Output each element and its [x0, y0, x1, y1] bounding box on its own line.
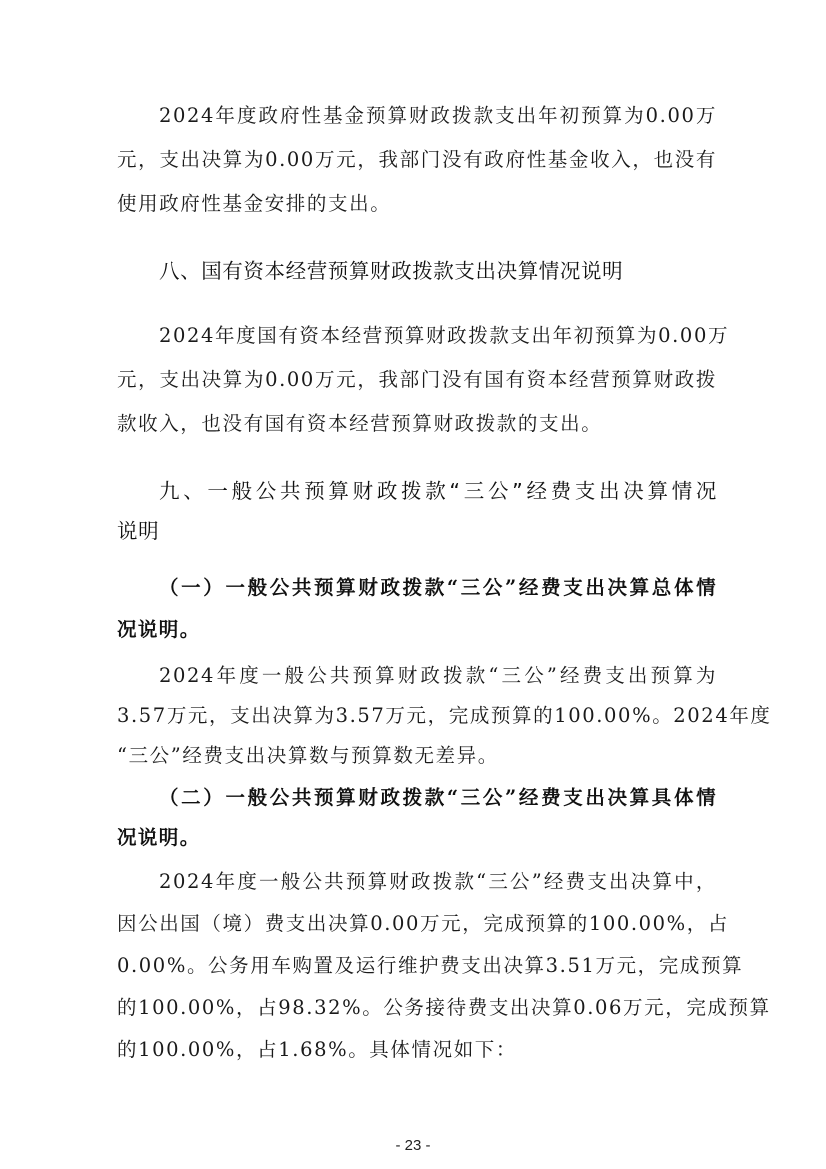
paragraph-state-capital-line-1: 2024年度国有资本经营预算财政拨款支出年初预算为0.00万	[159, 320, 717, 348]
subheading-9-2-line-1: （二）一般公共预算财政拨款“三公”经费支出决算具体情	[159, 782, 717, 810]
paragraph-gov-fund-line-2: 元，支出决算为0.00万元，我部门没有政府性基金收入，也没有	[117, 144, 717, 172]
paragraph-detail-line-4: 的100.00%，占98.32%。公务接待费支出决算0.06万元，完成预算	[117, 992, 717, 1020]
subheading-9-1-line-1: （一）一般公共预算财政拨款“三公”经费支出决算总体情	[159, 572, 717, 600]
paragraph-detail-line-2: 因公出国（境）费支出决算0.00万元，完成预算的100.00%，占	[117, 908, 717, 936]
paragraph-gov-fund-line-1: 2024年度政府性基金预算财政拨款支出年初预算为0.00万	[159, 100, 717, 128]
paragraph-detail-line-5: 的100.00%，占1.68%。具体情况如下：	[117, 1034, 717, 1062]
section-heading-9-line-1: 九、一般公共预算财政拨款“三公”经费支出决算情况	[159, 474, 717, 504]
document-page: 2024年度政府性基金预算财政拨款支出年初预算为0.00万 元，支出决算为0.0…	[0, 0, 826, 1169]
paragraph-state-capital-line-3: 款收入，也没有国有资本经营预算财政拨款的支出。	[117, 408, 717, 436]
paragraph-state-capital-line-2: 元，支出决算为0.00万元，我部门没有国有资本经营预算财政拨	[117, 364, 717, 392]
paragraph-overall-line-1: 2024年度一般公共预算财政拨款“三公”经费支出预算为	[159, 660, 717, 688]
section-heading-8: 八、国有资本经营预算财政拨款支出决算情况说明	[159, 254, 759, 284]
subheading-9-2-line-2: 况说明。	[117, 822, 717, 850]
section-heading-9-line-2: 说明	[117, 514, 717, 544]
paragraph-overall-line-3: “三公”经费支出决算数与预算数无差异。	[117, 740, 717, 768]
paragraph-overall-line-2: 3.57万元，支出决算为3.57万元，完成预算的100.00%。2024年度	[117, 700, 717, 728]
paragraph-detail-line-3: 0.00%。公务用车购置及运行维护费支出决算3.51万元，完成预算	[117, 950, 717, 978]
subheading-9-1-line-2: 况说明。	[117, 614, 717, 642]
paragraph-detail-line-1: 2024年度一般公共预算财政拨款“三公”经费支出决算中，	[159, 866, 717, 894]
page-number: - 23 -	[0, 1137, 826, 1154]
paragraph-gov-fund-line-3: 使用政府性基金安排的支出。	[117, 188, 717, 216]
